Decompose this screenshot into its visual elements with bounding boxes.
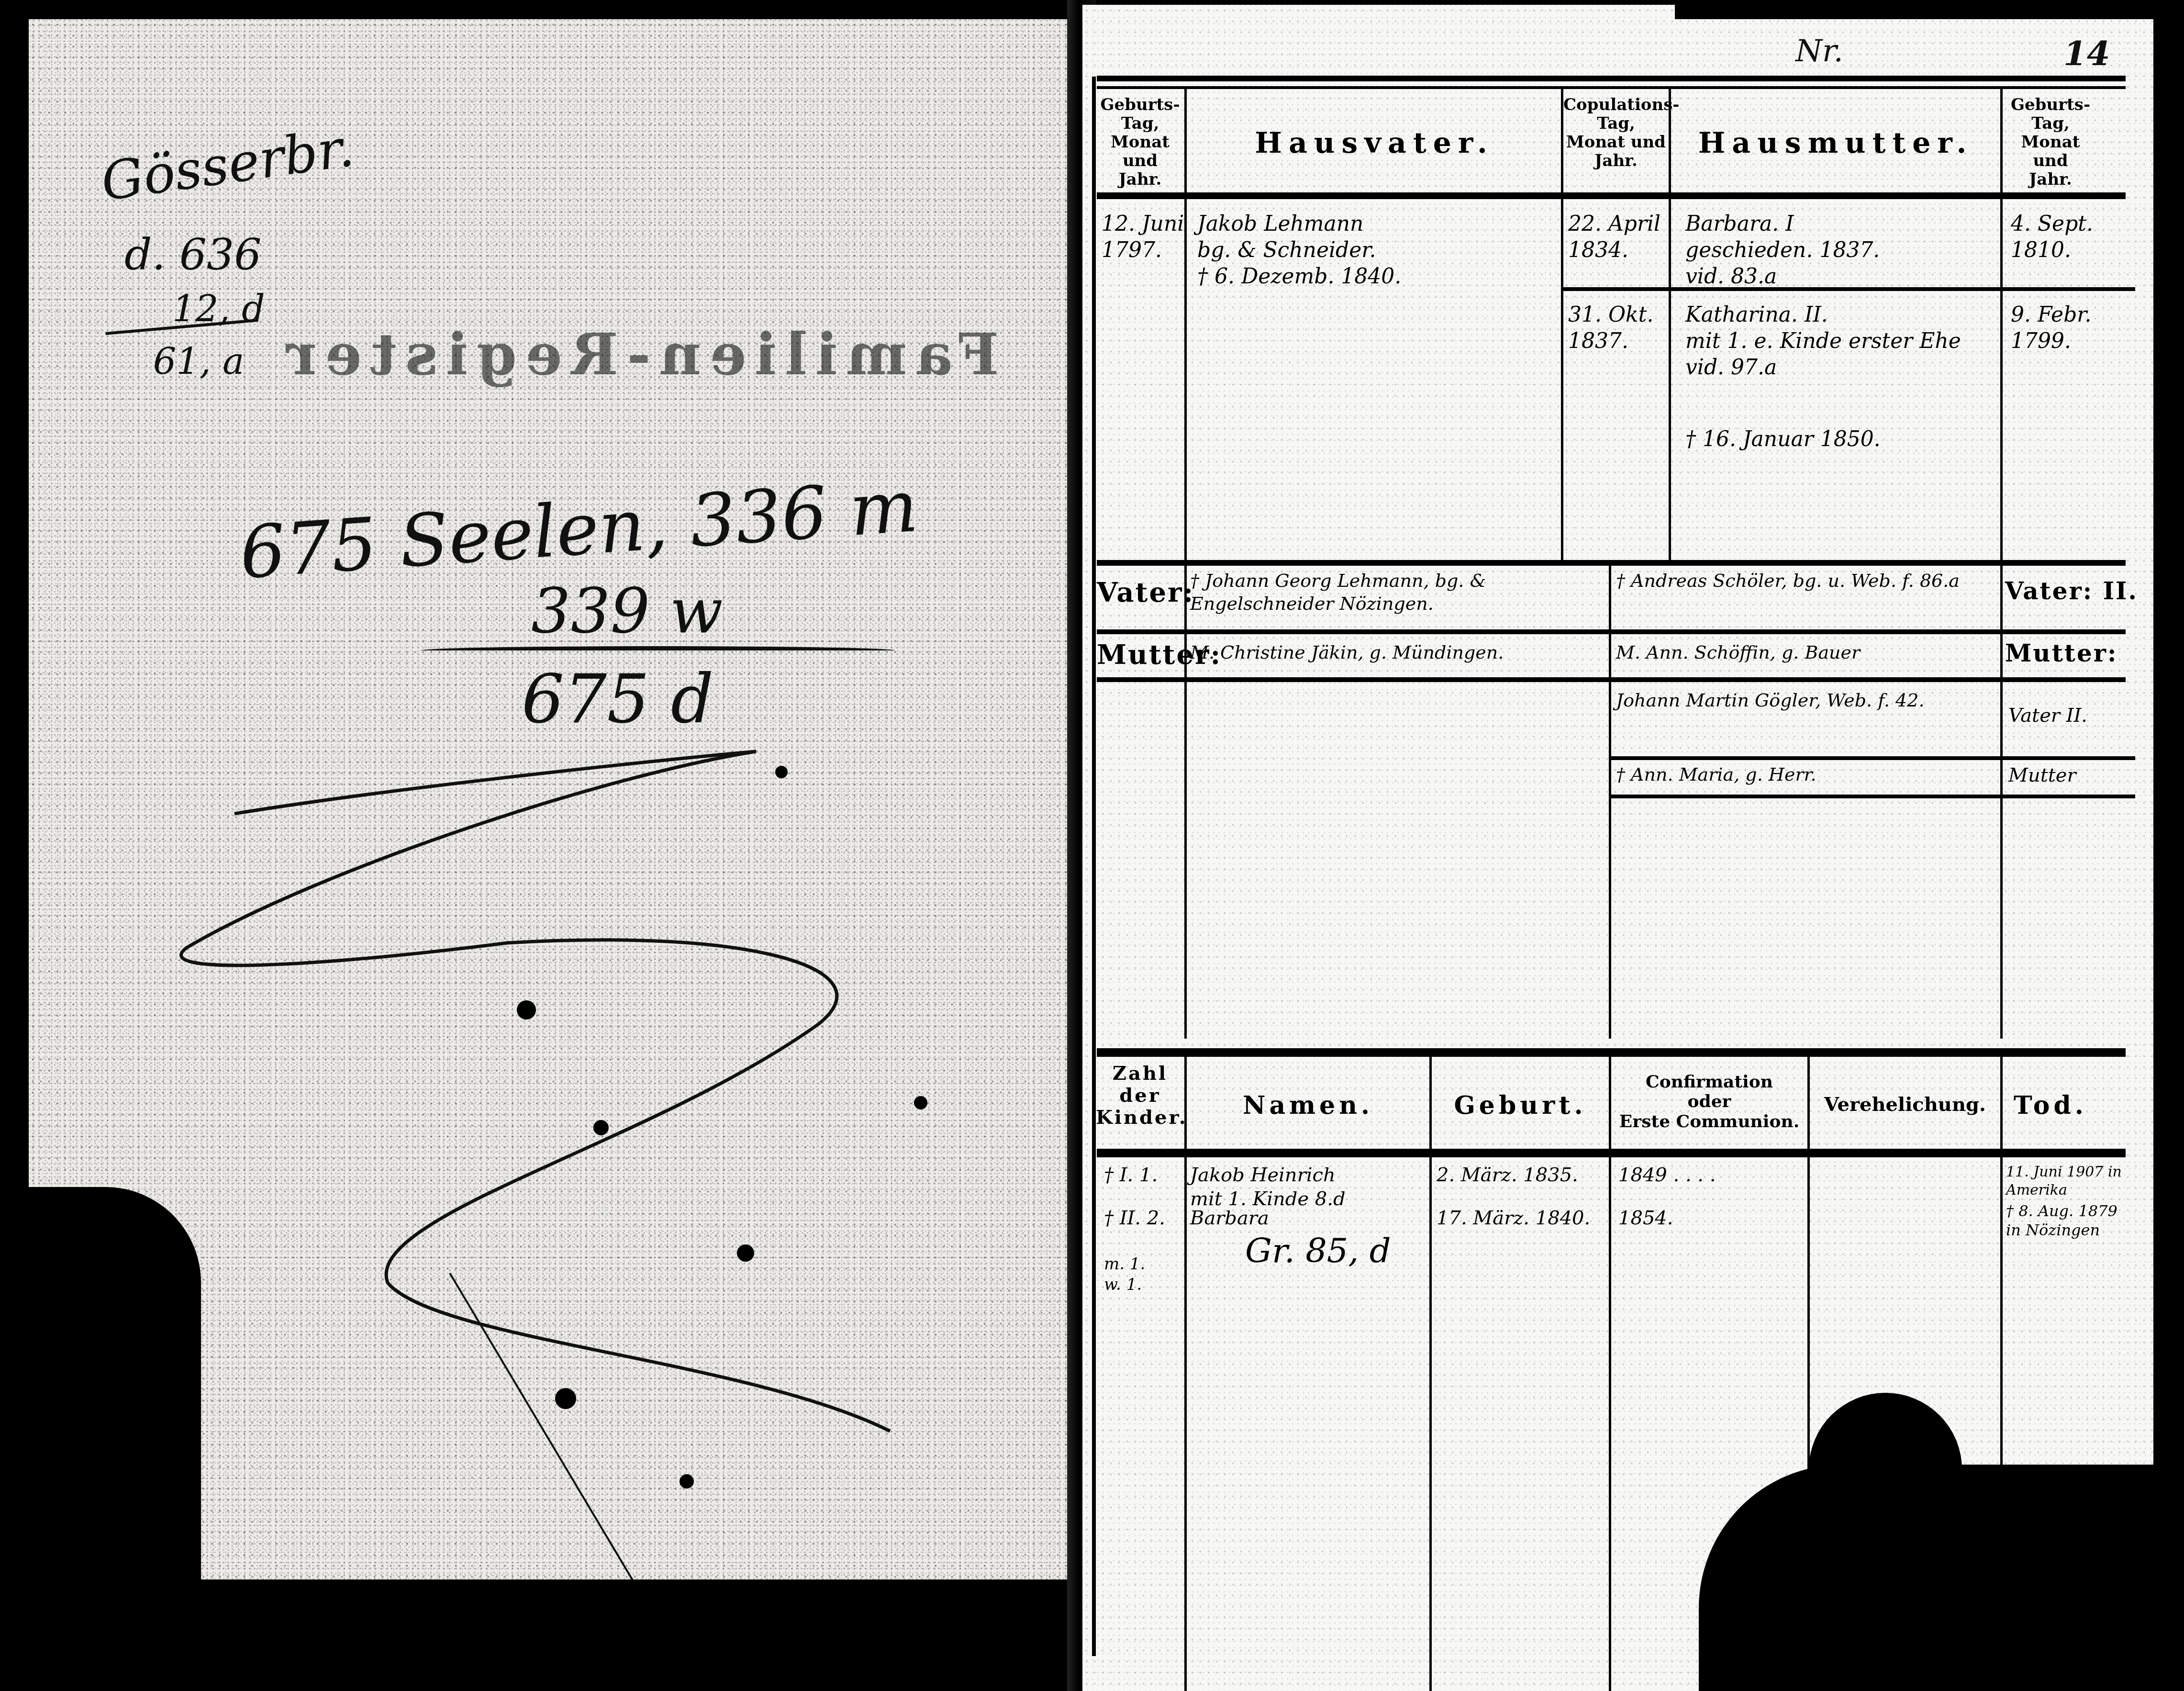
- child-1-death: 11. Juni 1907 in Amerika: [2006, 1163, 2122, 1199]
- child-1-birth: 2. März. 1835.: [1437, 1163, 1578, 1187]
- wife-2-side-father: Vater II.: [2008, 704, 2087, 728]
- child-1-confirmation: 1849 . . . .: [1618, 1163, 1716, 1187]
- wife-1-mother: M. Ann. Schöffin, g. Bauer: [1616, 641, 1999, 664]
- header-copulation: Copulations- Tag, Monat und Jahr.: [1563, 96, 1669, 170]
- father-birth: 12. Juni 1797.: [1102, 211, 1184, 263]
- children-header-birth: Geburt.: [1432, 1091, 1609, 1120]
- header-birth: Geburts- Tag, Monat und Jahr.: [1096, 96, 1184, 189]
- right-vater-label: Vater: II.: [2005, 577, 2138, 605]
- vater-label: Vater:: [1097, 577, 1194, 608]
- child-1-number: † I. 1.: [1104, 1163, 1158, 1187]
- wife-1-father: † Andreas Schöler, bg. u. Web. f. 86.a: [1616, 570, 1999, 593]
- children-header-confirmation: Confirmation oder Erste Communion.: [1611, 1072, 1807, 1131]
- child-2-birth: 17. März. 1840.: [1437, 1206, 1590, 1230]
- wife-2-father: Johann Martin Gögler, Web. f. 42.: [1616, 689, 1999, 712]
- child-2-name: Barbara: [1190, 1206, 1269, 1230]
- header-hausvater: Hausvater.: [1188, 127, 1561, 160]
- right-page: Nr. 14 Geburts- Tag, Monat und Jahr. Hau…: [1082, 5, 2154, 1691]
- wife-1: Barbara. I geschieden. 1837. vid. 83.a: [1685, 211, 1880, 290]
- children-summary: m. 1. w. 1.: [1104, 1254, 1145, 1295]
- child-2-number: † II. 2.: [1104, 1206, 1165, 1230]
- children-header-number: Zahl der Kinder.: [1096, 1063, 1184, 1129]
- children-reference: Gr. 85, d: [1245, 1230, 1391, 1272]
- wife-2-birth: 9. Febr. 1799.: [2011, 302, 2091, 354]
- wife-2-death: † 16. Januar 1850.: [1685, 426, 1881, 452]
- marriage-1-date: 22. April 1834.: [1568, 211, 1660, 263]
- top-note: Nr.: [1795, 34, 1843, 69]
- right-mutter-label: Mutter:: [2005, 639, 2118, 667]
- child-2-death: † 8. Aug. 1879 in Nözingen: [2006, 1201, 2117, 1240]
- child-1-name: Jakob Heinrich mit 1. Kinde 8.d: [1190, 1163, 1346, 1211]
- children-header-death: Tod.: [2003, 1091, 2098, 1120]
- header-hausmutter: Hausmutter.: [1671, 127, 2000, 160]
- husband-father: † Johann Georg Lehmann, bg. & Engelschne…: [1190, 570, 1606, 615]
- page-number: 14: [2063, 34, 2110, 73]
- wife-2: Katharina. II. mit 1. e. Kinde erster Eh…: [1685, 302, 1961, 381]
- wife-2-side-mother: Mutter: [2008, 763, 2076, 787]
- father-entry: Jakob Lehmann bg. & Schneider. † 6. Deze…: [1197, 211, 1401, 290]
- child-2-confirmation: 1854.: [1618, 1206, 1673, 1230]
- header-birth-2: Geburts- Tag, Monat und Jahr.: [2003, 96, 2098, 189]
- wife-1-birth: 4. Sept. 1810.: [2011, 211, 2093, 263]
- husband-mother: M. Christine Jäkin, g. Mündingen.: [1190, 641, 1606, 664]
- children-header-marriage: Verehelichung.: [1810, 1094, 2000, 1116]
- marriage-2-date: 31. Okt. 1837.: [1568, 302, 1653, 354]
- wife-2-mother: † Ann. Maria, g. Herr.: [1616, 763, 1999, 786]
- children-header-name: Namen.: [1187, 1091, 1429, 1120]
